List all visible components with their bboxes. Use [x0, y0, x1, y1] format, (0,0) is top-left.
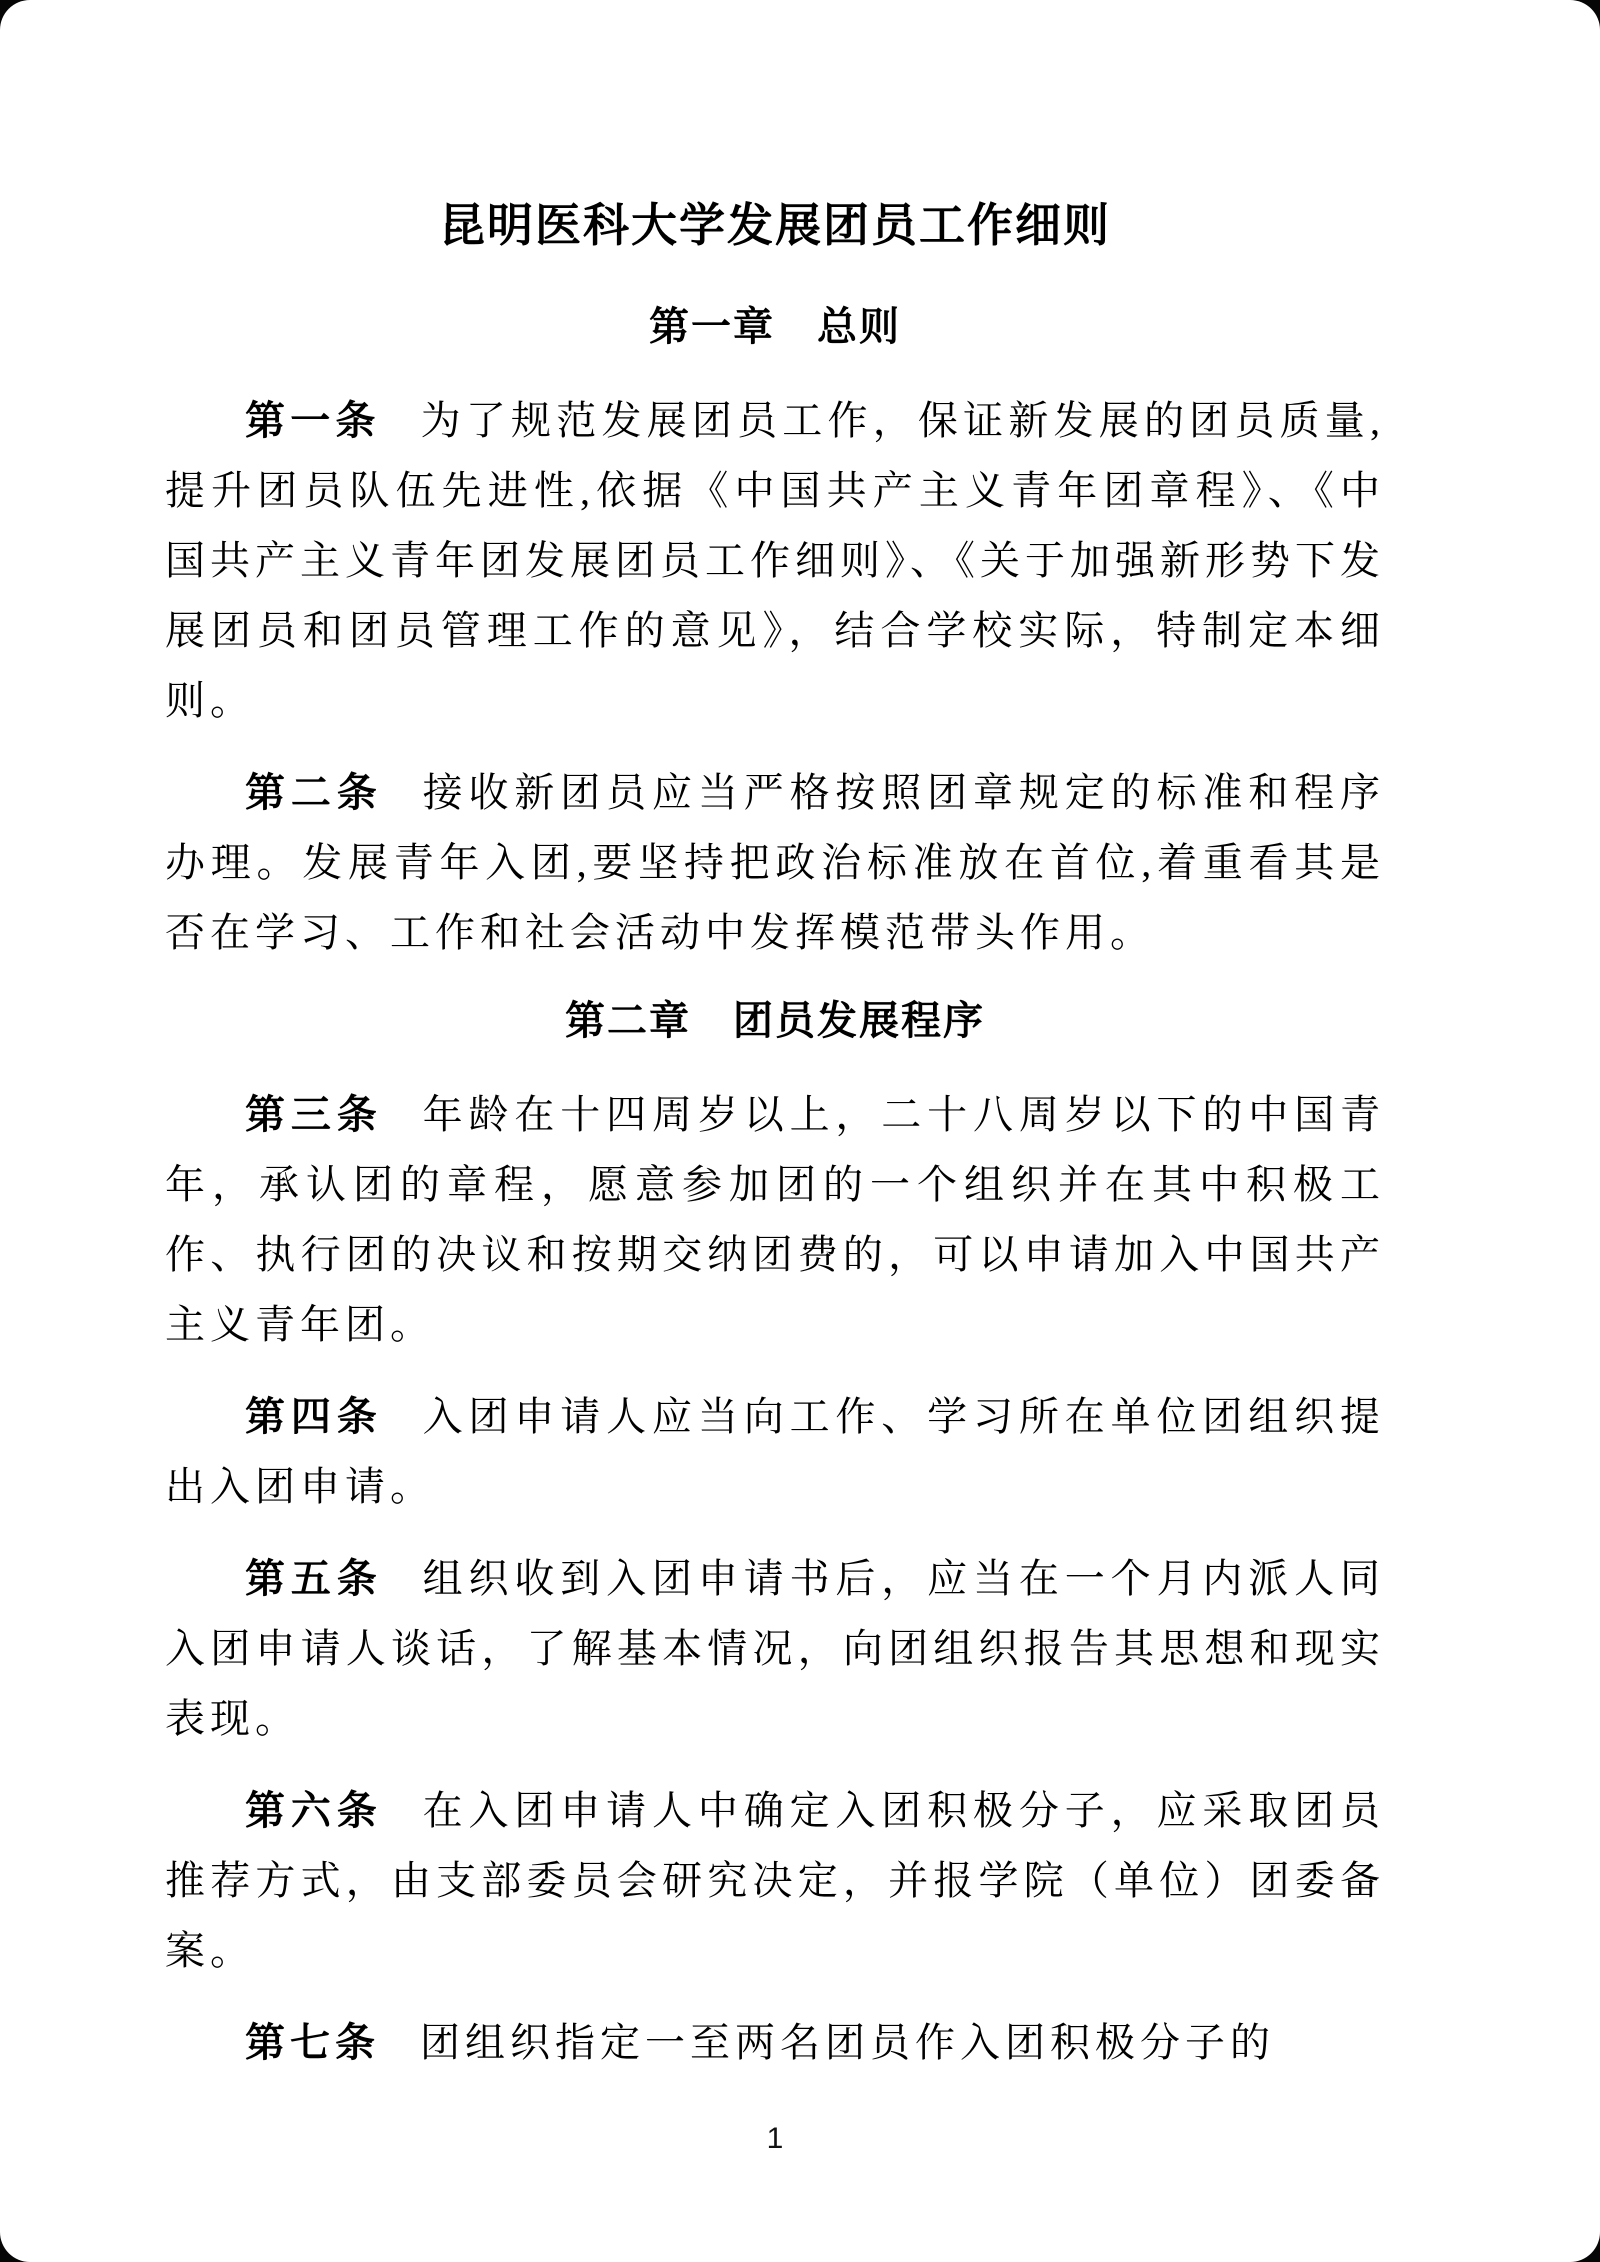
article-2: 第二条接收新团员应当严格按照团章规定的标准和程序办理。发展青年入团,要坚持把政治…	[165, 758, 1385, 968]
article-4: 第四条入团申请人应当向工作、学习所在单位团组织提出入团申请。	[165, 1382, 1385, 1522]
article-3: 第三条年龄在十四周岁以上，二十八周岁以下的中国青年，承认团的章程，愿意参加团的一…	[165, 1080, 1385, 1360]
page-number: 1	[165, 2122, 1385, 2156]
article-1: 第一条为了规范发展团员工作，保证新发展的团员质量,提升团员队伍先进性,依据《中国…	[165, 386, 1385, 736]
article-1-text: 为了规范发展团员工作，保证新发展的团员质量,提升团员队伍先进性,依据《中国共产主…	[165, 398, 1385, 723]
article-7-text: 团组织指定一至两名团员作入团积极分子的	[420, 2020, 1275, 2065]
article-3-label: 第三条	[245, 1093, 383, 1137]
article-6: 第六条在入团申请人中确定入团积极分子，应采取团员推荐方式，由支部委员会研究决定，…	[165, 1776, 1385, 1986]
article-7: 第七条团组织指定一至两名团员作入团积极分子的	[165, 2008, 1385, 2078]
chapter-1-heading: 第一章 总则	[165, 296, 1385, 358]
article-7-label: 第七条	[245, 2021, 380, 2065]
article-6-label: 第六条	[245, 1789, 383, 1833]
article-2-label: 第二条	[245, 771, 383, 815]
article-4-label: 第四条	[245, 1395, 383, 1439]
document-title: 昆明医科大学发展团员工作细则	[165, 200, 1385, 252]
document-page: 昆明医科大学发展团员工作细则 第一章 总则 第一条为了规范发展团员工作，保证新发…	[0, 0, 1600, 2262]
article-1-label: 第一条	[245, 399, 381, 443]
article-5: 第五条组织收到入团申请书后，应当在一个月内派人同入团申请人谈话，了解基本情况，向…	[165, 1544, 1385, 1754]
article-5-label: 第五条	[245, 1557, 383, 1601]
chapter-2-heading: 第二章 团员发展程序	[165, 990, 1385, 1052]
